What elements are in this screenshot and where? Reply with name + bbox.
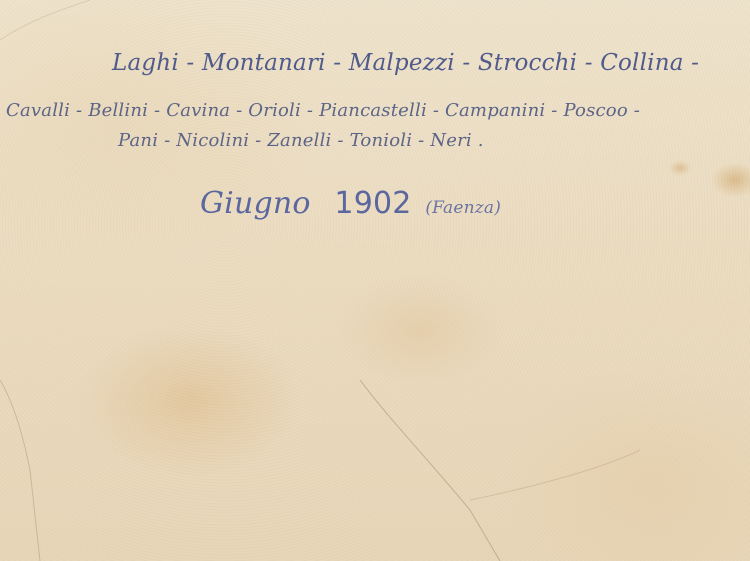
date-year: 1902 [334, 186, 411, 221]
names-line-1: Laghi - Montanari - Malpezzi - Strocchi … [112, 50, 699, 76]
photo-card-back: Laghi - Montanari - Malpezzi - Strocchi … [0, 0, 750, 561]
date-inscription: Giugno 1902 (Faenza) [200, 186, 501, 221]
date-month: Giugno [200, 186, 311, 221]
date-place: (Faenza) [425, 198, 501, 218]
paper-creases [0, 0, 750, 561]
names-line-2: Cavalli - Bellini - Cavina - Orioli - Pi… [6, 100, 640, 121]
names-line-3: Pani - Nicolini - Zanelli - Tonioli - Ne… [118, 130, 484, 151]
